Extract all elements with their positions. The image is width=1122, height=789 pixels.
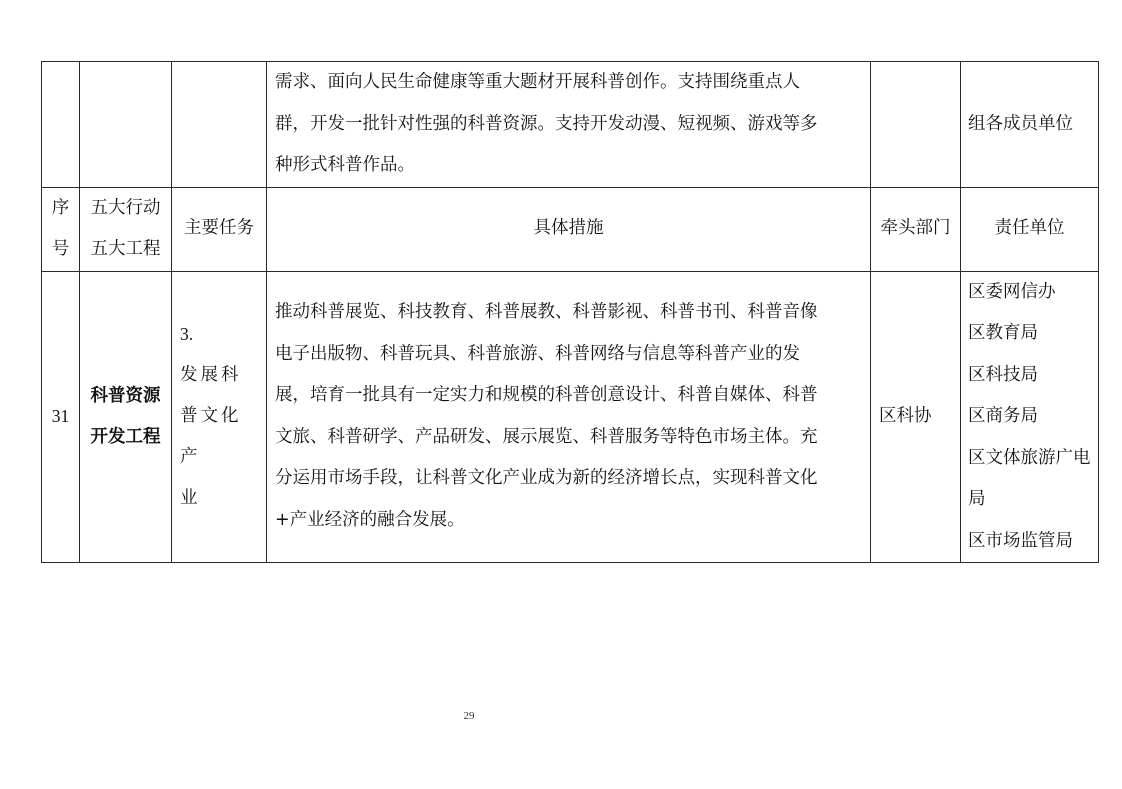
measure-line: 分运用市场手段，让科普文化产业成为新的经济增长点，实现科普文化 [275,458,862,500]
responsible-units-cell: 区委网信办 区教育局 区科技局 区商务局 区文体旅游广电 局 区市场监管局 [961,271,1099,563]
lead-department-cell: 区科协 [871,271,961,563]
header-actions: 五大行动 五大工程 [80,187,172,271]
task-line2: 普文化产 [180,396,260,478]
project-line2: 开发工程 [80,417,171,458]
main-task-cell: 3.发展科 普文化产 业 [172,271,267,563]
header-lead-department: 牵头部门 [871,187,961,271]
responsible-unit: 区文体旅游广电 [968,438,1098,480]
measure-line: 群，开发一批针对性强的科普资源。支持开发动漫、短视频、游戏等多 [275,104,862,146]
measures-cell: 需求、面向人民生命健康等重大题材开展科普创作。支持围绕重点人 群，开发一批针对性… [267,62,871,188]
header-measures: 具体措施 [267,187,871,271]
responsible-unit: 区市场监管局 [968,521,1098,563]
responsible-unit: 区委网信办 [968,272,1098,314]
header-actions-line1: 五大行动 [80,188,171,229]
table-row-continuation: 需求、面向人民生命健康等重大题材开展科普创作。支持围绕重点人 群，开发一批针对性… [42,62,1099,188]
header-main-task: 主要任务 [172,187,267,271]
responsible-units-cell: 组各成员单位 [961,62,1099,188]
header-actions-line2: 五大工程 [80,229,171,270]
header-seq: 序 号 [42,187,80,271]
measure-line: +产业经济的融合发展。 [275,500,862,542]
header-responsible-units: 责任单位 [961,187,1099,271]
task-cell-empty [172,62,267,188]
responsible-unit: 区科技局 [968,355,1098,397]
task-number: 3. [180,314,260,355]
responsible-unit: 局 [968,479,1098,521]
seq-cell-empty [42,62,80,188]
seq-cell: 31 [42,271,80,563]
task-table: 需求、面向人民生命健康等重大题材开展科普创作。支持围绕重点人 群，开发一批针对性… [41,61,1099,563]
header-seq-line2: 号 [42,229,79,270]
measure-line: 文旅、科普研学、产品研发、展示展览、科普服务等特色市场主体。充 [275,417,862,459]
table-header-row: 序 号 五大行动 五大工程 主要任务 具体措施 牵头部门 责任单位 [42,187,1099,271]
responsible-unit: 区商务局 [968,396,1098,438]
lead-department-cell [871,62,961,188]
page-number: 29 [0,710,938,722]
task-line1: 3.发展科 [180,314,260,396]
measures-cell: 推动科普展览、科技教育、科普展教、科普影视、科普书刊、科普音像 电子出版物、科普… [267,271,871,563]
responsible-unit: 区教育局 [968,313,1098,355]
project-line1: 科普资源 [80,376,171,417]
project-cell: 科普资源 开发工程 [80,271,172,563]
document-page: 需求、面向人民生命健康等重大题材开展科普创作。支持围绕重点人 群，开发一批针对性… [0,0,1122,789]
responsible-unit: 组各成员单位 [968,104,1098,146]
header-seq-line1: 序 [42,188,79,229]
measure-line: 种形式科普作品。 [275,145,862,187]
project-cell-empty [80,62,172,188]
measure-line: 电子出版物、科普玩具、科普旅游、科普网络与信息等科普产业的发 [275,334,862,376]
table-row: 31 科普资源 开发工程 3.发展科 普文化产 业 推动科普展览、科技教育、科普… [42,271,1099,563]
measure-line: 展，培育一批具有一定实力和规模的科普创意设计、科普自媒体、科普 [275,375,862,417]
task-line1-text: 发展科 [180,355,260,396]
measure-line: 需求、面向人民生命健康等重大题材开展科普创作。支持围绕重点人 [275,62,862,104]
task-line3: 业 [180,478,260,519]
measure-line: 推动科普展览、科技教育、科普展教、科普影视、科普书刊、科普音像 [275,292,862,334]
